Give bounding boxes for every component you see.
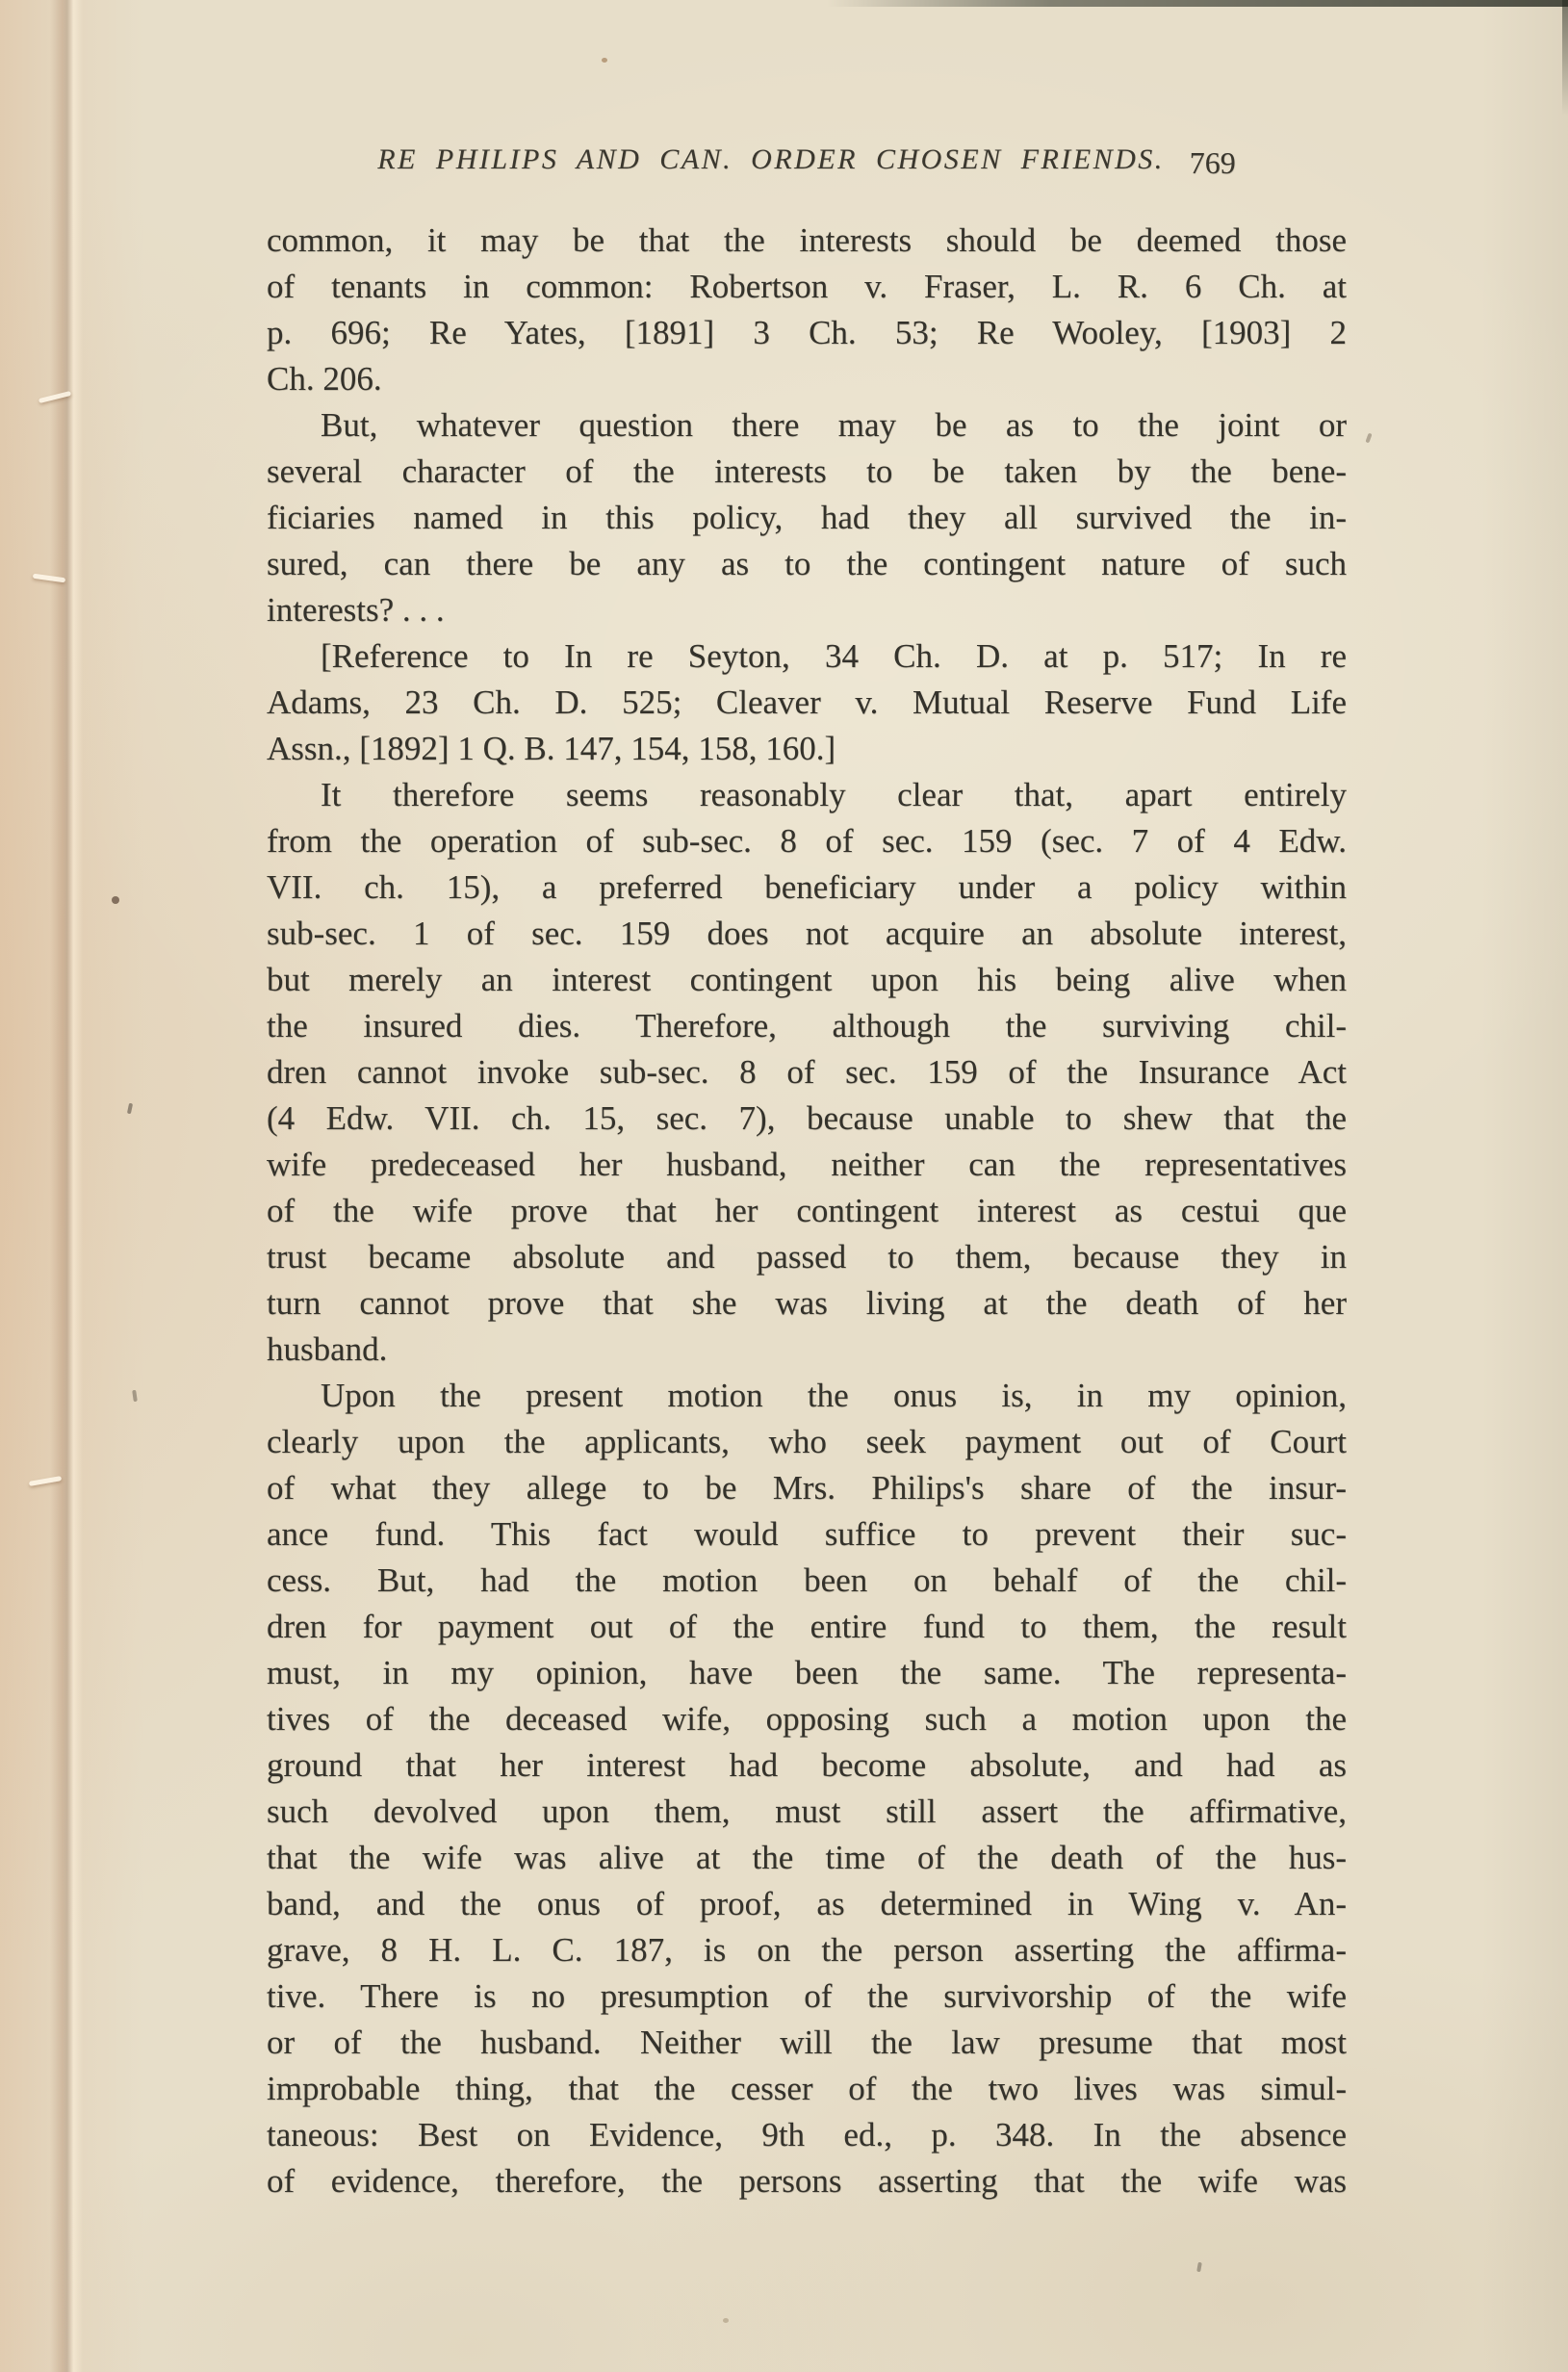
paper-speck	[723, 2318, 729, 2323]
text-line: grave, 8 H. L. C. 187, is on the person …	[267, 1927, 1347, 1973]
text-line: Adams, 23 Ch. D. 525; Cleaver v. Mutual …	[267, 680, 1347, 726]
text-line: ground that her interest had become abso…	[267, 1742, 1347, 1789]
text-line: sub-sec. 1 of sec. 159 does not acquire …	[267, 911, 1347, 957]
text-line: from the operation of sub-sec. 8 of sec.…	[267, 818, 1347, 864]
text-line: husband.	[267, 1327, 1347, 1373]
text-line: ficiaries named in this policy, had they…	[267, 495, 1347, 541]
scan-edge-right	[1562, 0, 1568, 116]
scan-edge-top	[827, 0, 1568, 7]
text-line: clearly upon the applicants, who seek pa…	[267, 1419, 1347, 1465]
text-line: tives of the deceased wife, opposing suc…	[267, 1696, 1347, 1742]
text-line: of what they allege to be Mrs. Philips's…	[267, 1465, 1347, 1511]
text-line: common, it may be that the interests sho…	[267, 218, 1347, 264]
paper-speck	[132, 1390, 138, 1402]
book-page: RE PHILIPS AND CAN. ORDER CHOSEN FRIENDS…	[0, 0, 1568, 2372]
page-number: 769	[1190, 145, 1236, 181]
text-line: band, and the onus of proof, as determin…	[267, 1881, 1347, 1927]
paragraph: common, it may be that the interests sho…	[267, 218, 1347, 402]
text-line: turn cannot prove that she was living at…	[267, 1280, 1347, 1327]
running-title: RE PHILIPS AND CAN. ORDER CHOSEN FRIENDS…	[377, 143, 1165, 176]
text-line: dren cannot invoke sub-sec. 8 of sec. 15…	[267, 1049, 1347, 1096]
paper-speck	[602, 58, 607, 63]
text-line: such devolved upon them, must still asse…	[267, 1789, 1347, 1835]
text-line: of tenants in common: Robertson v. Frase…	[267, 264, 1347, 310]
paper-speck	[1196, 2262, 1202, 2273]
text-line: of the wife prove that her contingent in…	[267, 1188, 1347, 1234]
text-line: VII. ch. 15), a preferred beneficiary un…	[267, 864, 1347, 911]
paragraph: [Reference to In re Seyton, 34 Ch. D. at…	[267, 633, 1347, 772]
paragraph: It therefore seems reasonably clear that…	[267, 772, 1347, 1373]
paragraph: Upon the present motion the onus is, in …	[267, 1373, 1347, 2204]
binding-crease	[50, 0, 83, 2372]
text-line: but merely an interest contingent upon h…	[267, 957, 1347, 1003]
text-line: must, in my opinion, have been the same.…	[267, 1650, 1347, 1696]
text-line: improbable thing, that the cesser of the…	[267, 2066, 1347, 2112]
text-line: (4 Edw. VII. ch. 15, sec. 7), because un…	[267, 1096, 1347, 1142]
text-line: p. 696; Re Yates, [1891] 3 Ch. 53; Re Wo…	[267, 310, 1347, 356]
text-line: wife predeceased her husband, neither ca…	[267, 1142, 1347, 1188]
text-line: the insured dies. Therefore, although th…	[267, 1003, 1347, 1049]
text-line: Upon the present motion the onus is, in …	[267, 1373, 1347, 1419]
paper-speck	[127, 1103, 133, 1115]
text-line: cess. But, had the motion been on behalf…	[267, 1558, 1347, 1604]
text-line: dren for payment out of the entire fund …	[267, 1604, 1347, 1650]
text-line: several character of the interests to be…	[267, 449, 1347, 495]
running-header: RE PHILIPS AND CAN. ORDER CHOSEN FRIENDS…	[267, 141, 1347, 176]
text-line: ance fund. This fact would suffice to pr…	[267, 1511, 1347, 1558]
text-line: Assn., [1892] 1 Q. B. 147, 154, 158, 160…	[267, 726, 1347, 772]
text-line: or of the husband. Neither will the law …	[267, 2020, 1347, 2066]
paragraph: But, whatever question there may be as t…	[267, 402, 1347, 633]
paper-speck	[1365, 433, 1372, 444]
text-column: common, it may be that the interests sho…	[267, 218, 1347, 2204]
text-line: tive. There is no presumption of the sur…	[267, 1973, 1347, 2020]
text-line: taneous: Best on Evidence, 9th ed., p. 3…	[267, 2112, 1347, 2158]
paper-speck	[112, 896, 119, 904]
text-line: sured, can there be any as to the contin…	[267, 541, 1347, 587]
text-line: of evidence, therefore, the persons asse…	[267, 2158, 1347, 2204]
text-line: But, whatever question there may be as t…	[267, 402, 1347, 449]
text-line: Ch. 206.	[267, 356, 1347, 402]
text-line: that the wife was alive at the time of t…	[267, 1835, 1347, 1881]
text-line: interests? . . .	[267, 587, 1347, 633]
text-line: trust became absolute and passed to them…	[267, 1234, 1347, 1280]
text-line: [Reference to In re Seyton, 34 Ch. D. at…	[267, 633, 1347, 680]
text-line: It therefore seems reasonably clear that…	[267, 772, 1347, 818]
